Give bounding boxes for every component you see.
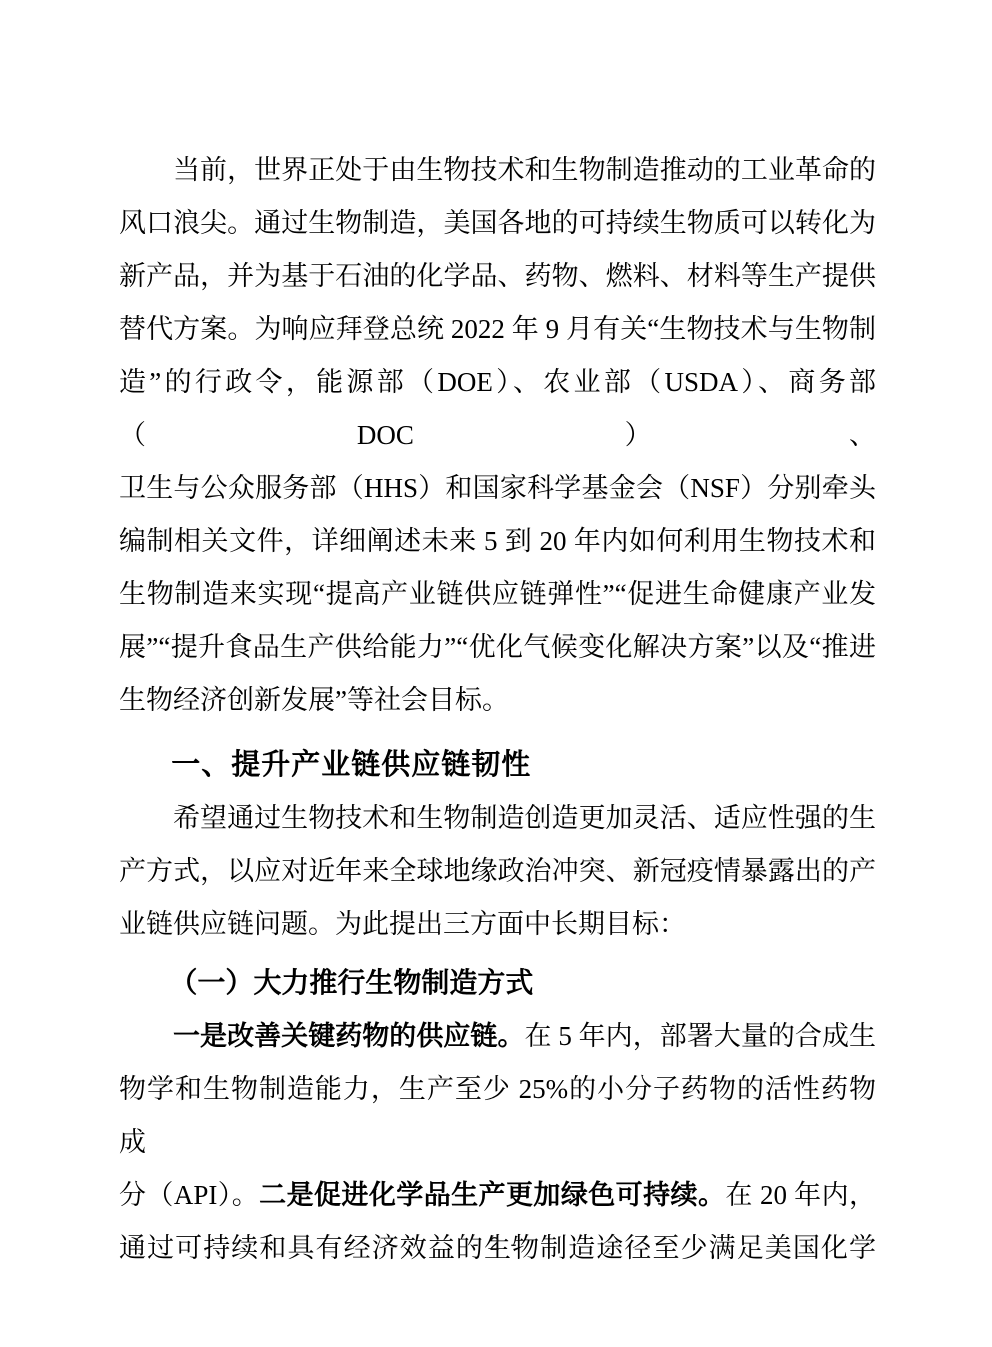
paragraph-line: 新产品，并为基于石油的化学品、药物、燃料、材料等生产提供 [119, 250, 876, 303]
paragraph-text: 分（API）。 [119, 1180, 259, 1210]
paragraph-text: 在 5 年内，部署大量的合成生 [525, 1021, 877, 1051]
paragraph-line: 一是改善关键药物的供应链。在 5 年内，部署大量的合成生 [119, 1010, 876, 1063]
paragraph-line: 当前，世界正处于由生物技术和生物制造推动的工业革命的 [119, 144, 876, 197]
paragraph-line: 生物制造来实现“提高产业链供应链弹性”“促进生命健康产业发 [119, 568, 876, 621]
paragraph-line: 分（API）。二是促进化学品生产更加绿色可持续。在 20 年内， [119, 1169, 876, 1222]
paragraph-line: 生物经济创新发展”等社会目标。 [119, 674, 876, 727]
page-number: - 2 - [0, 1234, 992, 1255]
subsection-heading: （一）大力推行生物制造方式 [119, 957, 876, 1010]
document-page: 当前，世界正处于由生物技术和生物制造推动的工业革命的 风口浪尖。通过生物制造，美… [0, 0, 992, 1347]
bold-sentence: 二是促进化学品生产更加绿色可持续。 [259, 1180, 725, 1210]
paragraph-line: 希望通过生物技术和生物制造创造更加灵活、适应性强的生 [119, 792, 876, 845]
paragraph-line: 风口浪尖。通过生物制造，美国各地的可持续生物质可以转化为 [119, 197, 876, 250]
paragraph-line: 替代方案。为响应拜登总统 2022 年 9 月有关“生物技术与生物制 [119, 303, 876, 356]
paragraph-line: 展”“提升食品生产供给能力”“优化气候变化解决方案”以及“推进 [119, 621, 876, 674]
section-heading: 一、提升产业链供应链韧性 [119, 739, 876, 792]
paragraph-line: 编制相关文件，详细阐述未来 5 到 20 年内如何利用生物技术和 [119, 515, 876, 568]
paragraph-line: 业链供应链问题。为此提出三方面中长期目标： [119, 898, 876, 951]
paragraph-text: 在 20 年内， [725, 1180, 876, 1210]
bold-sentence: 一是改善关键药物的供应链。 [173, 1021, 525, 1051]
paragraph-line: 造”的行政令，能源部（DOE）、农业部（USDA）、商务部（DOC）、 [119, 356, 876, 462]
paragraph-2: 希望通过生物技术和生物制造创造更加灵活、适应性强的生 产方式，以应对近年来全球地… [119, 792, 876, 951]
paragraph-line: 产方式，以应对近年来全球地缘政治冲突、新冠疫情暴露出的产 [119, 845, 876, 898]
paragraph-line: 物学和生物制造能力，生产至少 25%的小分子药物的活性药物成 [119, 1063, 876, 1169]
paragraph-1: 当前，世界正处于由生物技术和生物制造推动的工业革命的 风口浪尖。通过生物制造，美… [119, 144, 876, 727]
paragraph-line: 卫生与公众服务部（HHS）和国家科学基金会（NSF）分别牵头 [119, 462, 876, 515]
document-body: 当前，世界正处于由生物技术和生物制造推动的工业革命的 风口浪尖。通过生物制造，美… [119, 144, 876, 1275]
